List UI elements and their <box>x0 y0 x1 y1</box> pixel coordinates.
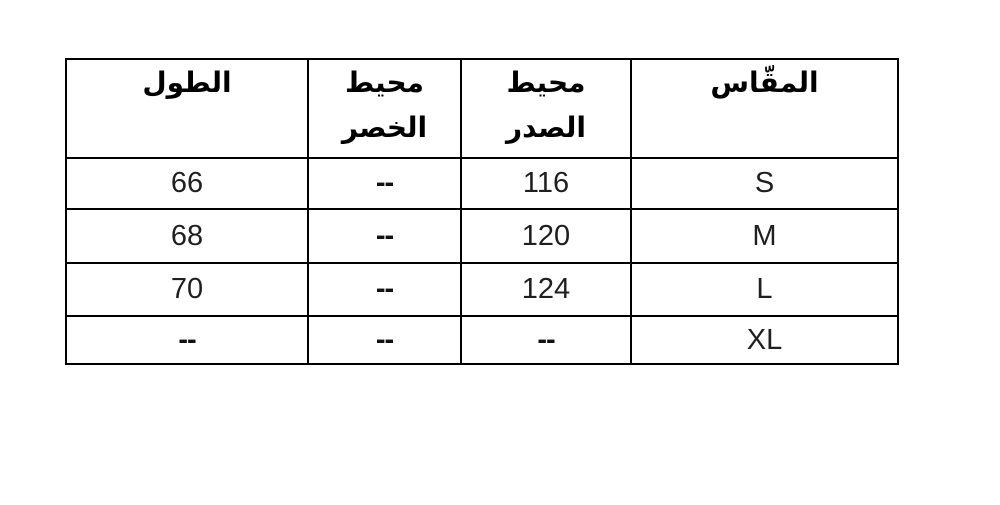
table-row-s: S 116 -- 66 <box>66 158 898 209</box>
cell-m-size: M <box>631 209 898 263</box>
cell-l-waist: -- <box>308 263 461 316</box>
header-row: المقّاس محيط الصدر محيط الخصر الطول <box>66 59 898 158</box>
table-row-l: L 124 -- 70 <box>66 263 898 316</box>
header-cell-chest: محيط الصدر <box>461 59 631 158</box>
cell-xl-length: -- <box>66 316 308 364</box>
table-row-m: M 120 -- 68 <box>66 209 898 263</box>
header-cell-length: الطول <box>66 59 308 158</box>
cell-xl-chest: -- <box>461 316 631 364</box>
size-chart-table: المقّاس محيط الصدر محيط الخصر الطول S 11… <box>65 58 899 365</box>
header-cell-waist: محيط الخصر <box>308 59 461 158</box>
cell-s-waist: -- <box>308 158 461 209</box>
cell-l-length: 70 <box>66 263 308 316</box>
table-row-xl: XL -- -- -- <box>66 316 898 364</box>
cell-xl-waist: -- <box>308 316 461 364</box>
cell-l-size: L <box>631 263 898 316</box>
cell-m-chest: 120 <box>461 209 631 263</box>
cell-l-chest: 124 <box>461 263 631 316</box>
header-cell-size: المقّاس <box>631 59 898 158</box>
cell-s-length: 66 <box>66 158 308 209</box>
cell-s-chest: 116 <box>461 158 631 209</box>
cell-m-length: 68 <box>66 209 308 263</box>
cell-m-waist: -- <box>308 209 461 263</box>
cell-s-size: S <box>631 158 898 209</box>
page: المقّاس محيط الصدر محيط الخصر الطول S 11… <box>0 0 1000 505</box>
cell-xl-size: XL <box>631 316 898 364</box>
